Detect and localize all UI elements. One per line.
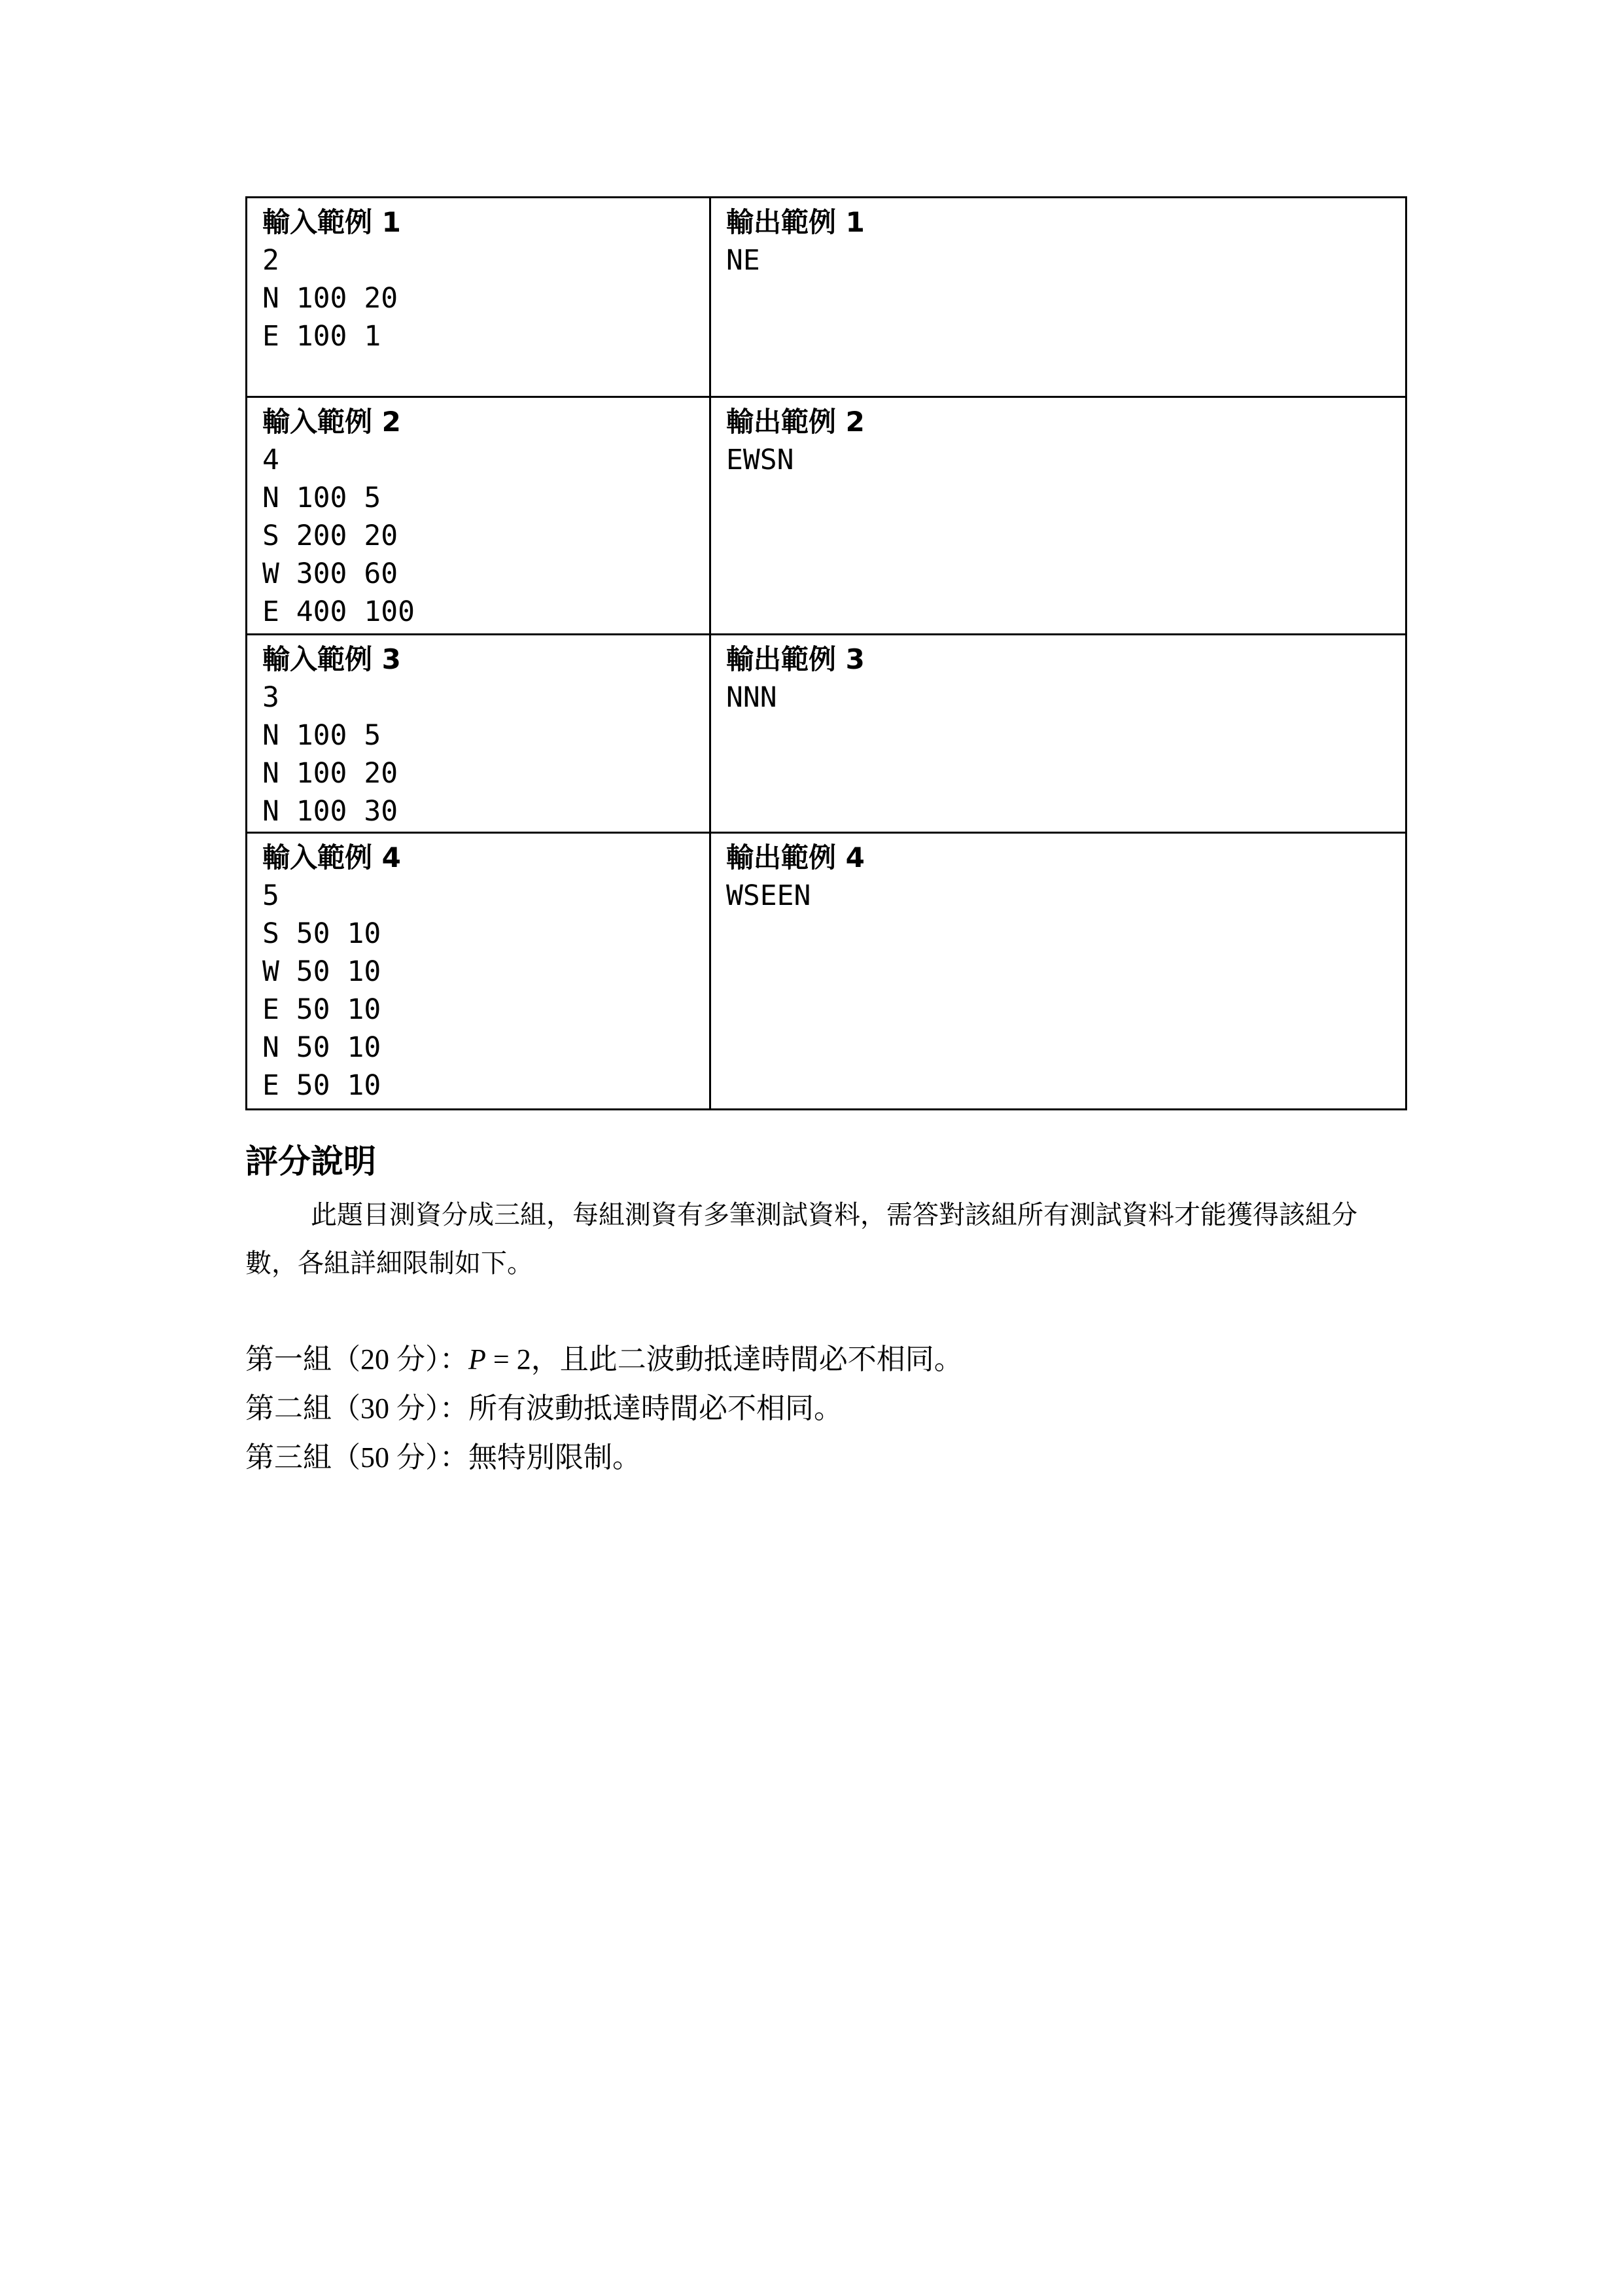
- input-line: E 100 1: [262, 317, 709, 355]
- input-line: 2: [262, 241, 709, 279]
- input-line: 5: [262, 877, 709, 915]
- scoring-group-list: 第一組（20 分）：P = 2，且此二波動抵達時間必不相同。 第二組（30 分）…: [245, 1335, 963, 1482]
- input-line: 4: [262, 441, 709, 479]
- sample-output-cell: 輸出範例 2 EWSN: [710, 397, 1406, 635]
- sample-input-title: 輸入範例 1: [262, 203, 709, 241]
- sample-output-title: 輸出範例 3: [726, 641, 1405, 679]
- input-line: N 50 10: [262, 1029, 709, 1067]
- output-line: NNN: [726, 679, 1405, 716]
- sample-input-cell: 輸入範例 4 5 S 50 10 W 50 10 E 50 10 N 50 10…: [247, 833, 710, 1110]
- group-condition: = 2，且此二波動抵達時間必不相同。: [486, 1343, 963, 1375]
- sample-row-1: 輸入範例 1 2 N 100 20 E 100 1 輸出範例 1 NE: [247, 198, 1406, 397]
- scoring-heading: 評分說明: [245, 1142, 376, 1181]
- sample-input-cell: 輸入範例 1 2 N 100 20 E 100 1: [247, 198, 710, 397]
- scoring-paragraph: 此題目測資分成三組，每組測資有多筆測試資料，需答對該組所有測試資料才能獲得該組分…: [245, 1191, 1370, 1288]
- sample-output-title: 輸出範例 1: [726, 203, 1405, 241]
- output-line: WSEEN: [726, 877, 1405, 915]
- scoring-group-2: 第二組（30 分）：所有波動抵達時間必不相同。: [245, 1384, 963, 1433]
- input-line: N 100 30: [262, 792, 709, 830]
- input-line: E 50 10: [262, 1067, 709, 1104]
- sample-io-table: 輸入範例 1 2 N 100 20 E 100 1 輸出範例 1 NE 輸入範例…: [245, 196, 1407, 1110]
- sample-output-title: 輸出範例 4: [726, 839, 1405, 877]
- sample-output-cell: 輸出範例 4 WSEEN: [710, 833, 1406, 1110]
- input-line: N 100 5: [262, 479, 709, 517]
- input-line: W 50 10: [262, 953, 709, 991]
- document-page: 輸入範例 1 2 N 100 20 E 100 1 輸出範例 1 NE 輸入範例…: [0, 0, 1623, 2296]
- output-line: EWSN: [726, 441, 1405, 479]
- sample-input-cell: 輸入範例 2 4 N 100 5 S 200 20 W 300 60 E 400…: [247, 397, 710, 635]
- sample-row-3: 輸入範例 3 3 N 100 5 N 100 20 N 100 30 輸出範例 …: [247, 635, 1406, 833]
- input-line: N 100 20: [262, 754, 709, 792]
- input-line: N 100 5: [262, 716, 709, 754]
- sample-output-title: 輸出範例 2: [726, 403, 1405, 441]
- input-line: W 300 60: [262, 555, 709, 593]
- sample-row-4: 輸入範例 4 5 S 50 10 W 50 10 E 50 10 N 50 10…: [247, 833, 1406, 1110]
- input-line: E 400 100: [262, 593, 709, 631]
- input-line: E 50 10: [262, 991, 709, 1029]
- group-prefix: 第一組（20 分）：: [245, 1343, 468, 1375]
- output-line: NE: [726, 241, 1405, 279]
- sample-output-cell: 輸出範例 1 NE: [710, 198, 1406, 397]
- sample-input-title: 輸入範例 3: [262, 641, 709, 679]
- sample-input-cell: 輸入範例 3 3 N 100 5 N 100 20 N 100 30: [247, 635, 710, 833]
- input-line: 3: [262, 679, 709, 716]
- sample-output-cell: 輸出範例 3 NNN: [710, 635, 1406, 833]
- group-condition: 所有波動抵達時間必不相同。: [468, 1392, 843, 1424]
- input-line: S 200 20: [262, 517, 709, 555]
- group-variable: P: [468, 1343, 486, 1375]
- scoring-group-3: 第三組（50 分）：無特別限制。: [245, 1433, 963, 1482]
- scoring-group-1: 第一組（20 分）：P = 2，且此二波動抵達時間必不相同。: [245, 1335, 963, 1384]
- group-condition: 無特別限制。: [468, 1441, 641, 1474]
- sample-input-title: 輸入範例 4: [262, 839, 709, 877]
- sample-row-2: 輸入範例 2 4 N 100 5 S 200 20 W 300 60 E 400…: [247, 397, 1406, 635]
- input-line: N 100 20: [262, 279, 709, 317]
- group-prefix: 第三組（50 分）：: [245, 1441, 468, 1474]
- sample-input-title: 輸入範例 2: [262, 403, 709, 441]
- input-line: S 50 10: [262, 915, 709, 953]
- group-prefix: 第二組（30 分）：: [245, 1392, 468, 1424]
